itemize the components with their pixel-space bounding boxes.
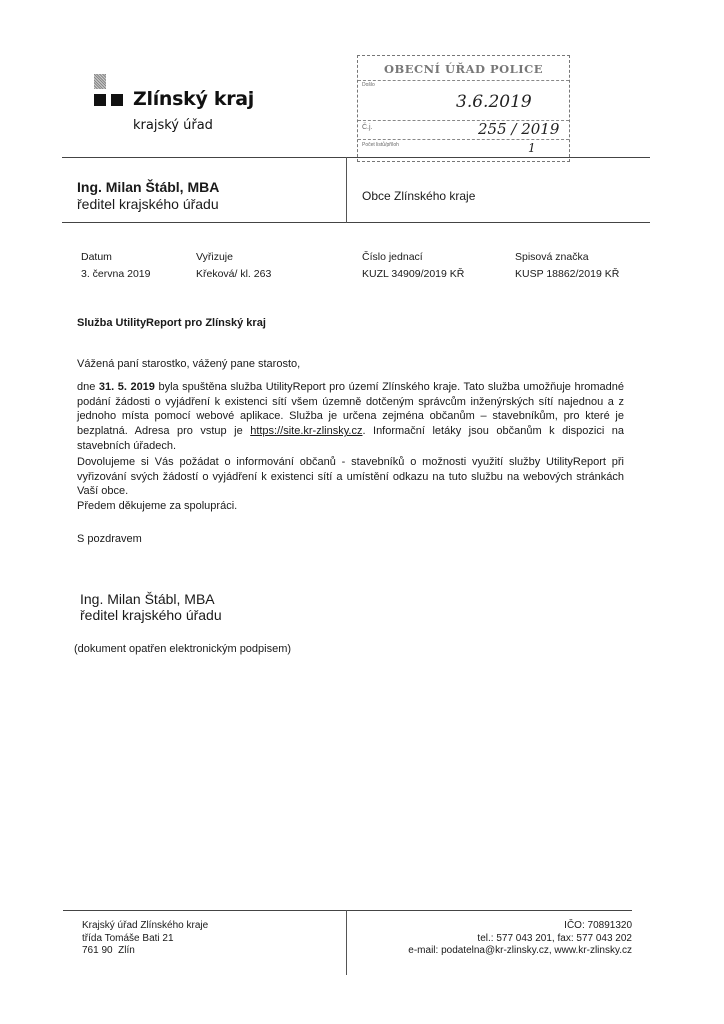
- launch-date: 31. 5. 2019: [99, 381, 155, 393]
- header-divider: [346, 157, 347, 223]
- footer-contacts: IČO: 70891320 tel.: 577 043 201, fax: 57…: [408, 920, 632, 958]
- footer-address-line: třída Tomáše Bati 21: [82, 933, 208, 946]
- stamp-ref-label: Č.j.: [362, 124, 373, 131]
- letter-subject: Služba UtilityReport pro Zlínský kraj: [77, 317, 266, 329]
- stamp-title: OBECNÍ ÚŘAD POLICE: [358, 62, 569, 76]
- header-top-rule: [62, 157, 650, 158]
- sender-name: Ing. Milan Štábl, MBA: [77, 179, 219, 195]
- received-stamp: OBECNÍ ÚŘAD POLICE Došlo 3.6.2019 Č.j. 2…: [357, 55, 570, 162]
- header-bottom-rule: [62, 222, 650, 223]
- footer-ico: IČO: 70891320: [408, 920, 632, 933]
- meta-label-date: Datum: [81, 251, 112, 263]
- footer-phone: tel.: 577 043 201, fax: 577 043 202: [408, 933, 632, 946]
- signature-note: (dokument opatřen elektronickým podpisem…: [74, 643, 291, 655]
- meta-label-ref-number: Číslo jednací: [362, 251, 423, 263]
- footer-divider: [346, 910, 347, 975]
- logo-emblem-gray: [94, 74, 106, 89]
- letter-paragraph-2: Dovolujeme si Vás požádat o informování …: [77, 455, 624, 499]
- signature-role: ředitel krajského úřadu: [80, 607, 222, 623]
- letter-paragraph-1: dne 31. 5. 2019 byla spuštěna služba Uti…: [77, 380, 624, 454]
- logo-subtitle: krajský úřad: [133, 118, 213, 133]
- recipient: Obce Zlínského kraje: [362, 189, 475, 203]
- stamp-divider: [358, 139, 569, 140]
- logo-square-left: [94, 94, 106, 106]
- stamp-ref-number: 255 / 2019: [478, 120, 559, 138]
- letter-paragraph-3: Předem děkujeme za spolupráci.: [77, 499, 624, 514]
- meta-value-handler: Křeková/ kl. 263: [196, 268, 271, 280]
- footer-address: Krajský úřad Zlínského kraje třída Tomáš…: [82, 920, 208, 958]
- service-link[interactable]: https://site.kr-zlinsky.cz: [250, 425, 362, 437]
- letter-salutation: Vážená paní starostko, vážený pane staro…: [77, 357, 624, 372]
- footer-address-line: 761 90 Zlín: [82, 945, 208, 958]
- signature-name: Ing. Milan Štábl, MBA: [80, 591, 215, 607]
- meta-label-file-mark: Spisová značka: [515, 251, 589, 263]
- meta-label-handler: Vyřizuje: [196, 251, 233, 263]
- stamp-count-label: Počet listů/příloh: [362, 142, 399, 148]
- sender-role: ředitel krajského úřadu: [77, 196, 219, 212]
- meta-value-date: 3. června 2019: [81, 268, 150, 280]
- stamp-received-label: Došlo: [362, 82, 375, 88]
- stamp-divider: [358, 80, 569, 81]
- footer-email: e-mail: podatelna@kr-zlinsky.cz, www.kr-…: [408, 945, 632, 958]
- letter-closing: S pozdravem: [77, 533, 142, 545]
- stamp-count-value: 1: [528, 141, 536, 155]
- logo-square-right: [111, 94, 123, 106]
- stamp-received-date: 3.6.2019: [456, 92, 532, 112]
- footer-rule: [63, 910, 632, 911]
- paragraph-text: dne: [77, 381, 99, 393]
- logo-title: Zlínský kraj: [133, 88, 254, 110]
- footer-address-line: Krajský úřad Zlínského kraje: [82, 920, 208, 933]
- meta-value-ref-number: KUZL 34909/2019 KŘ: [362, 268, 464, 280]
- meta-value-file-mark: KUSP 18862/2019 KŘ: [515, 268, 619, 280]
